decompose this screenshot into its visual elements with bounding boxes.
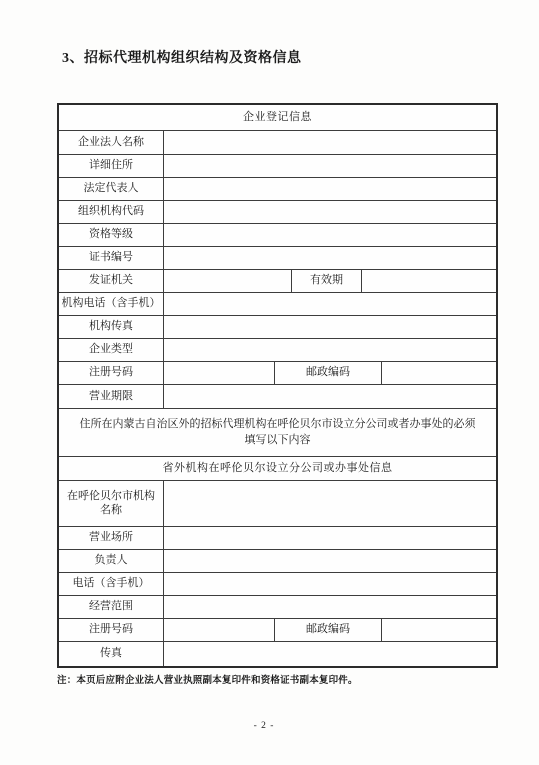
field-label-validity: 有效期 bbox=[292, 270, 362, 292]
field-value-reg-no-2 bbox=[164, 619, 275, 641]
field-label-org-code: 组织机构代码 bbox=[59, 201, 164, 223]
field-value-validity bbox=[362, 270, 496, 292]
field-label-cert-no: 证书编号 bbox=[59, 247, 164, 269]
field-value-person-in-charge bbox=[164, 550, 496, 572]
field-value-org-phone bbox=[164, 293, 496, 315]
field-value-fax bbox=[164, 642, 496, 666]
row-company-type: 企业类型 bbox=[59, 339, 496, 362]
row-fax: 传真 bbox=[59, 642, 496, 666]
row-business-scope: 经营范围 bbox=[59, 596, 496, 619]
branch-name-label-line2: 名称 bbox=[100, 504, 122, 518]
field-value-org-code bbox=[164, 201, 496, 223]
field-label-business-place: 营业场所 bbox=[59, 527, 164, 549]
row-org-fax: 机构传真 bbox=[59, 316, 496, 339]
row-branch-note: 住所在内蒙古自治区外的招标代理机构在呼伦贝尔市设立分公司或者办事处的必须 填写以… bbox=[59, 409, 496, 457]
field-label-postal-code-1: 邮政编码 bbox=[275, 362, 382, 384]
field-label-company-type: 企业类型 bbox=[59, 339, 164, 361]
field-label-issuer: 发证机关 bbox=[59, 270, 164, 292]
field-label-org-fax: 机构传真 bbox=[59, 316, 164, 338]
section-title-enterprise-registration: 企业登记信息 bbox=[59, 105, 496, 130]
field-label-branch-name: 在呼伦贝尔市机构 名称 bbox=[59, 481, 164, 526]
field-value-legal-name bbox=[164, 131, 496, 154]
field-label-org-phone: 机构电话（含手机） bbox=[59, 293, 164, 315]
field-value-postal-code-2 bbox=[382, 619, 496, 641]
field-value-company-type bbox=[164, 339, 496, 361]
field-label-reg-no-2: 注册号码 bbox=[59, 619, 164, 641]
field-value-legal-rep bbox=[164, 178, 496, 200]
field-label-person-in-charge: 负责人 bbox=[59, 550, 164, 572]
field-label-postal-code-2: 邮政编码 bbox=[275, 619, 382, 641]
field-label-legal-rep: 法定代表人 bbox=[59, 178, 164, 200]
row-business-term: 营业期限 bbox=[59, 385, 496, 409]
row-branch-name: 在呼伦贝尔市机构 名称 bbox=[59, 481, 496, 527]
branch-note-line2: 填写以下内容 bbox=[245, 433, 311, 449]
field-label-qual-level: 资格等级 bbox=[59, 224, 164, 246]
document-page: 3、招标代理机构组织结构及资格信息 企业登记信息 企业法人名称 详细住所 法定代… bbox=[0, 0, 539, 765]
field-label-legal-name: 企业法人名称 bbox=[59, 131, 164, 154]
footnote: 注：本页后应附企业法人营业执照副本复印件和资格证书副本复印件。 bbox=[57, 672, 358, 686]
page-title: 3、招标代理机构组织结构及资格信息 bbox=[62, 47, 302, 67]
branch-note-line1: 住所在内蒙古自治区外的招标代理机构在呼伦贝尔市设立分公司或者办事处的必须 bbox=[80, 417, 476, 433]
field-value-issuer bbox=[164, 270, 292, 292]
row-business-place: 营业场所 bbox=[59, 527, 496, 550]
row-org-code: 组织机构代码 bbox=[59, 201, 496, 224]
field-label-address: 详细住所 bbox=[59, 155, 164, 177]
row-address: 详细住所 bbox=[59, 155, 496, 178]
field-value-business-place bbox=[164, 527, 496, 549]
row-reg-no-1: 注册号码 邮政编码 bbox=[59, 362, 496, 385]
field-label-phone: 电话（含手机） bbox=[59, 573, 164, 595]
branch-requirement-note: 住所在内蒙古自治区外的招标代理机构在呼伦贝尔市设立分公司或者办事处的必须 填写以… bbox=[59, 409, 496, 456]
branch-name-label-line1: 在呼伦贝尔市机构 bbox=[67, 490, 155, 504]
field-label-business-scope: 经营范围 bbox=[59, 596, 164, 618]
row-branch-header: 省外机构在呼伦贝尔设立分公司或办事处信息 bbox=[59, 457, 496, 481]
row-legal-rep: 法定代表人 bbox=[59, 178, 496, 201]
page-number: - 2 - bbox=[0, 721, 528, 731]
field-value-branch-name bbox=[164, 481, 496, 526]
field-value-business-scope bbox=[164, 596, 496, 618]
field-value-reg-no-1 bbox=[164, 362, 275, 384]
field-value-phone bbox=[164, 573, 496, 595]
row-phone: 电话（含手机） bbox=[59, 573, 496, 596]
registration-form-table: 企业登记信息 企业法人名称 详细住所 法定代表人 组织机构代码 资格等级 证书编… bbox=[57, 103, 498, 668]
row-person-in-charge: 负责人 bbox=[59, 550, 496, 573]
field-value-qual-level bbox=[164, 224, 496, 246]
field-value-business-term bbox=[164, 385, 496, 408]
field-value-postal-code-1 bbox=[382, 362, 496, 384]
row-qual-level: 资格等级 bbox=[59, 224, 496, 247]
field-value-org-fax bbox=[164, 316, 496, 338]
field-label-reg-no-1: 注册号码 bbox=[59, 362, 164, 384]
field-label-fax: 传真 bbox=[59, 642, 164, 666]
field-label-business-term: 营业期限 bbox=[59, 385, 164, 408]
row-org-phone: 机构电话（含手机） bbox=[59, 293, 496, 316]
section-title-branch-info: 省外机构在呼伦贝尔设立分公司或办事处信息 bbox=[59, 457, 496, 480]
row-enterprise-header: 企业登记信息 bbox=[59, 105, 496, 131]
row-legal-name: 企业法人名称 bbox=[59, 131, 496, 155]
row-issuer: 发证机关 有效期 bbox=[59, 270, 496, 293]
field-value-cert-no bbox=[164, 247, 496, 269]
row-reg-no-2: 注册号码 邮政编码 bbox=[59, 619, 496, 642]
field-value-address bbox=[164, 155, 496, 177]
row-cert-no: 证书编号 bbox=[59, 247, 496, 270]
